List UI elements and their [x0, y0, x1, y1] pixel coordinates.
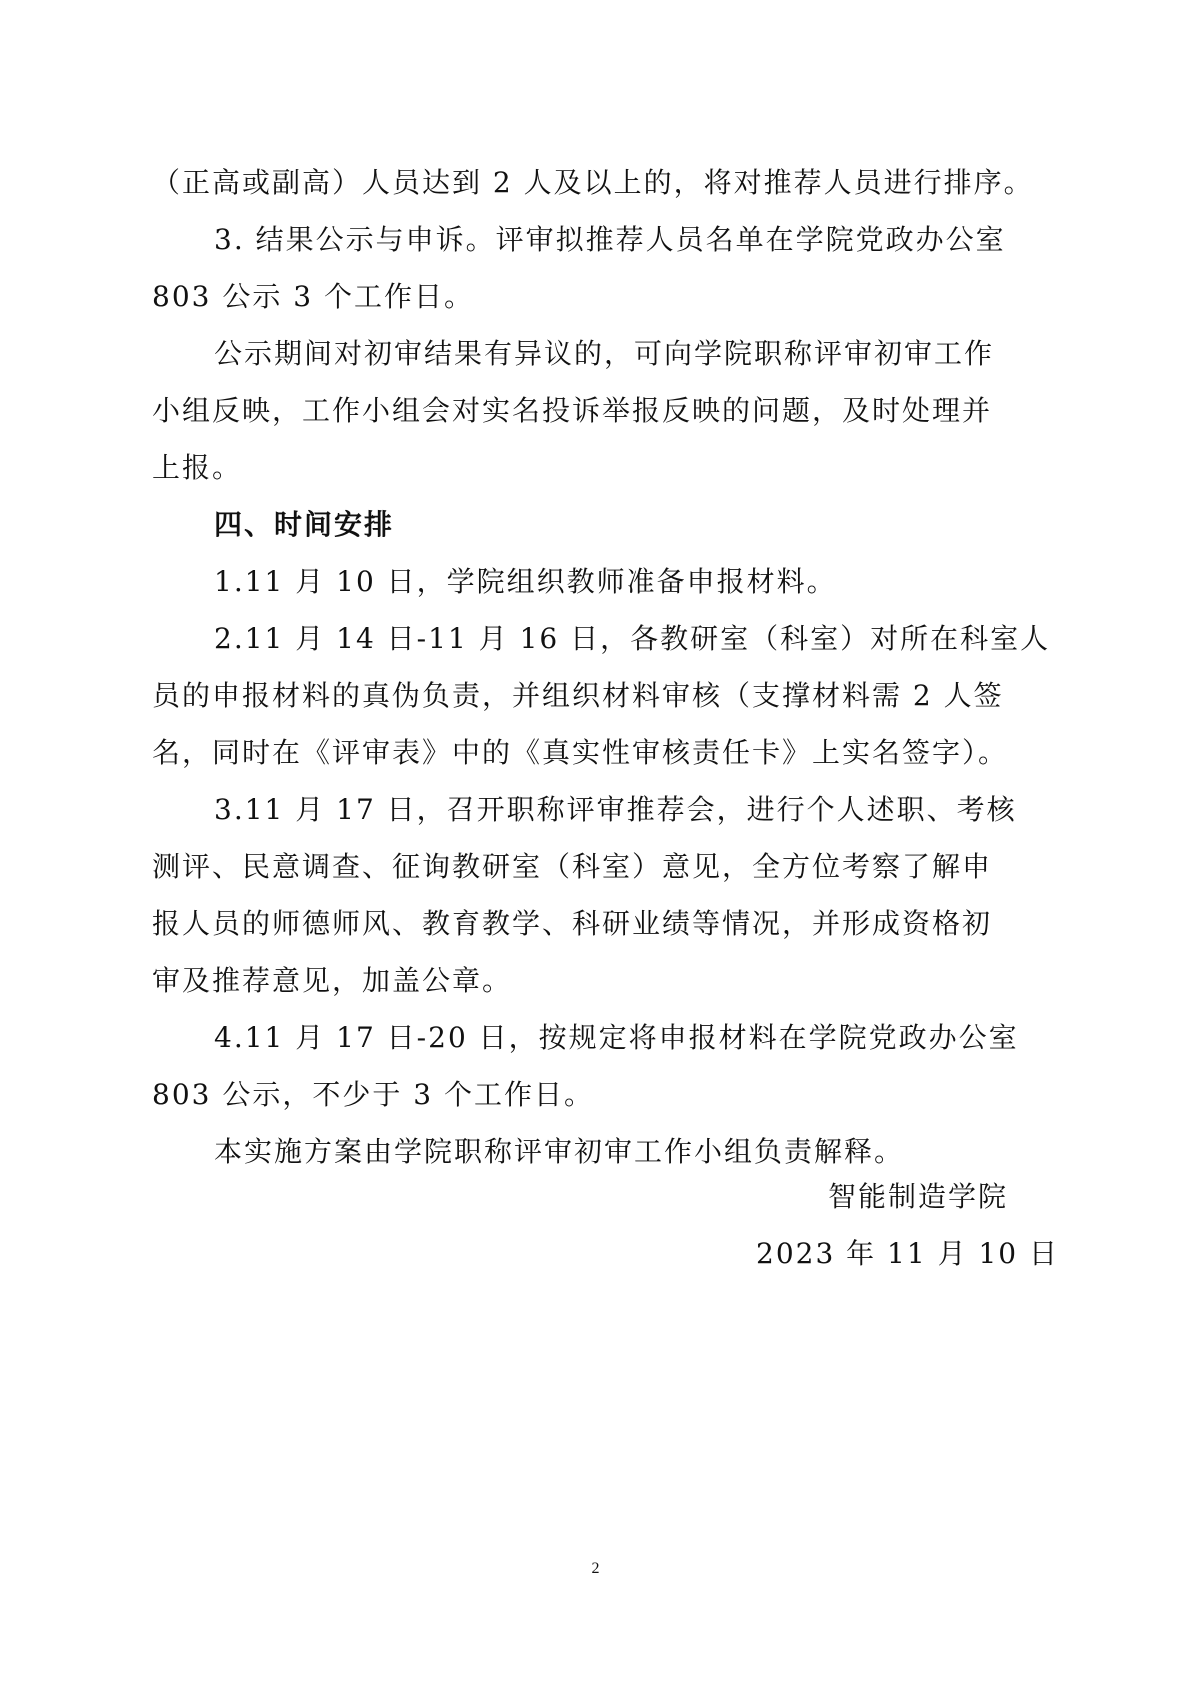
body-line: 员的申报材料的真伪负责，并组织材料审核（支撑材料需 2 人签: [152, 667, 1052, 724]
body-line: 上报。: [152, 439, 1052, 496]
section-heading: 四、时间安排: [152, 496, 1114, 553]
body-line: 测评、民意调查、征询教研室（科室）意见，全方位考察了解申: [152, 838, 1052, 895]
body-line: 报人员的师德师风、教育教学、科研业绩等情况，并形成资格初: [152, 895, 1052, 952]
body-line: 3. 结果公示与申诉。评审拟推荐人员名单在学院党政办公室: [152, 211, 1114, 268]
signature-organization: 智能制造学院: [828, 1168, 1008, 1225]
body-line: （正高或副高）人员达到 2 人及以上的，将对推荐人员进行排序。: [152, 154, 1052, 211]
document-page: （正高或副高）人员达到 2 人及以上的，将对推荐人员进行排序。 3. 结果公示与…: [0, 0, 1191, 1684]
body-line: 2.11 月 14 日-11 月 16 日，各教研室（科室）对所在科室人: [152, 610, 1114, 667]
body-line: 803 公示，不少于 3 个工作日。: [152, 1066, 1052, 1123]
signature-date: 2023 年 11 月 10 日: [756, 1225, 1059, 1282]
body-line: 小组反映，工作小组会对实名投诉举报反映的问题，及时处理并: [152, 382, 1052, 439]
body-line: 公示期间对初审结果有异议的，可向学院职称评审初审工作: [152, 325, 1114, 382]
body-line: 名，同时在《评审表》中的《真实性审核责任卡》上实名签字）。: [152, 724, 1052, 781]
body-line: 803 公示 3 个工作日。: [152, 268, 1052, 325]
body-line: 1.11 月 10 日，学院组织教师准备申报材料。: [152, 553, 1114, 610]
body-line: 3.11 月 17 日，召开职称评审推荐会，进行个人述职、考核: [152, 781, 1114, 838]
body-line: 审及推荐意见，加盖公章。: [152, 952, 1052, 1009]
body-line: 4.11 月 17 日-20 日，按规定将申报材料在学院党政办公室: [152, 1009, 1114, 1066]
page-number: 2: [0, 1560, 1191, 1578]
